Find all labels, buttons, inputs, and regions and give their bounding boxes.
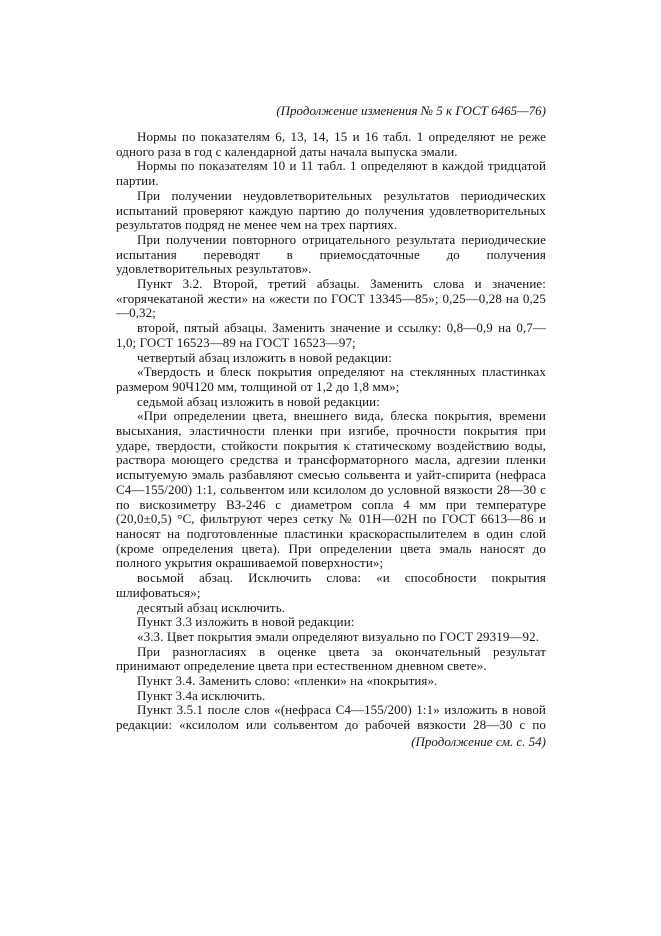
paragraph: Пункт 3.4а исключить. bbox=[116, 689, 546, 704]
document-body: Нормы по показателям 6, 13, 14, 15 и 16 … bbox=[116, 130, 546, 733]
paragraph: «Твердость и блеск покрытия определяют н… bbox=[116, 365, 546, 394]
document-page: (Продолжение изменения № 5 к ГОСТ 6465—7… bbox=[0, 0, 661, 936]
paragraph: Нормы по показателям 10 и 11 табл. 1 опр… bbox=[116, 159, 546, 188]
paragraph: Пункт 3.5.1 после слов «(нефраса С4—155/… bbox=[116, 703, 546, 732]
paragraph: десятый абзац исключить. bbox=[116, 601, 546, 616]
paragraph: Пункт 3.4. Заменить слово: «пленки» на «… bbox=[116, 674, 546, 689]
paragraph: четвертый абзац изложить в новой редакци… bbox=[116, 351, 546, 366]
paragraph: При разногласиях в оценке цвета за оконч… bbox=[116, 645, 546, 674]
paragraph: восьмой абзац. Исключить слова: «и спосо… bbox=[116, 571, 546, 600]
paragraph: седьмой абзац изложить в новой редакции: bbox=[116, 395, 546, 410]
paragraph: Пункт 3.2. Второй, третий абзацы. Замени… bbox=[116, 277, 546, 321]
footer-continuation-note: (Продолжение см. с. 54) bbox=[116, 734, 546, 749]
paragraph: Нормы по показателям 6, 13, 14, 15 и 16 … bbox=[116, 130, 546, 159]
header-continuation-note: (Продолжение изменения № 5 к ГОСТ 6465—7… bbox=[116, 103, 546, 118]
paragraph: «При определении цвета, внешнего вида, б… bbox=[116, 409, 546, 571]
paragraph: При получении повторного отрицательного … bbox=[116, 233, 546, 277]
paragraph: Пункт 3.3 изложить в новой редакции: bbox=[116, 615, 546, 630]
paragraph: «3.3. Цвет покрытия эмали определяют виз… bbox=[116, 630, 546, 645]
paragraph: При получении неудовлетворительных резул… bbox=[116, 189, 546, 233]
paragraph: второй, пятый абзацы. Заменить значение … bbox=[116, 321, 546, 350]
